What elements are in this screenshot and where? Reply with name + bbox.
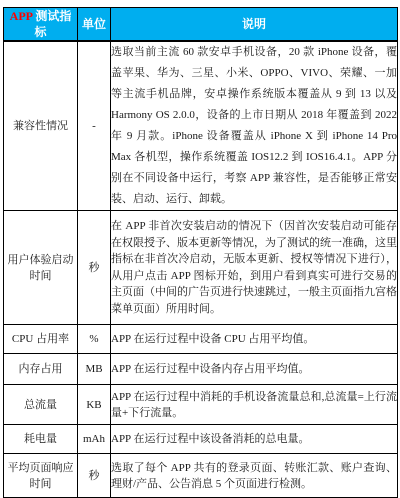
indicator-cell: 兼容性情况	[4, 41, 78, 211]
header-unit: 单位	[78, 8, 111, 42]
unit-cell: 秒	[78, 211, 111, 325]
header-indicator-app: APP	[10, 9, 33, 23]
description-cell: APP 在运行过程中消耗的手机设备流量总和,总流量=上行流量+下行流量。	[111, 385, 398, 425]
table-header-row: APP 测试指标 单位 说明	[4, 8, 398, 42]
table-row: 总流量 KB APP 在运行过程中消耗的手机设备流量总和,总流量=上行流量+下行…	[4, 385, 398, 425]
table-row: 平均页面响应时间 秒 选取了每个 APP 共有的登录页面、转账汇款、账户查询、理…	[4, 454, 398, 498]
table-row: 兼容性情况 - 选取当前主流 60 款安卓手机设备，20 款 iPhone 设备…	[4, 41, 398, 211]
description-cell: 在 APP 非首次安装启动的情况下（因首次安装启动可能存在权限授予、版本更新等情…	[111, 211, 398, 325]
indicator-cell: 平均页面响应时间	[4, 454, 78, 498]
indicator-cell: 用户体验启动时间	[4, 211, 78, 325]
indicator-cell: 内存占用	[4, 354, 78, 385]
header-indicator-rest: 测试指标	[32, 9, 71, 39]
description-cell: 选取当前主流 60 款安卓手机设备，20 款 iPhone 设备，覆盖苹果、华为…	[111, 41, 398, 211]
description-cell: APP 在运行过程中设备内存占用平均值。	[111, 354, 398, 385]
document-page: APP 测试指标 单位 说明 兼容性情况 - 选取当前主流 60 款安卓手机设备…	[0, 0, 400, 486]
app-test-metrics-table: APP 测试指标 单位 说明 兼容性情况 - 选取当前主流 60 款安卓手机设备…	[3, 7, 398, 498]
indicator-cell: 耗电量	[4, 425, 78, 454]
unit-cell: %	[78, 325, 111, 354]
indicator-cell: CPU 占用率	[4, 325, 78, 354]
unit-cell: -	[78, 41, 111, 211]
description-cell: 选取了每个 APP 共有的登录页面、转账汇款、账户查询、理财/产品、公告消息 5…	[111, 454, 398, 498]
table-row: 内存占用 MB APP 在运行过程中设备内存占用平均值。	[4, 354, 398, 385]
description-cell: APP 在运行过程中设备 CPU 占用平均值。	[111, 325, 398, 354]
unit-cell: 秒	[78, 454, 111, 498]
unit-cell: KB	[78, 385, 111, 425]
description-cell: APP 在运行过程中该设备消耗的总电量。	[111, 425, 398, 454]
header-indicator: APP 测试指标	[4, 8, 78, 42]
unit-cell: MB	[78, 354, 111, 385]
unit-cell: mAh	[78, 425, 111, 454]
table-row: 用户体验启动时间 秒 在 APP 非首次安装启动的情况下（因首次安装启动可能存在…	[4, 211, 398, 325]
table-row: 耗电量 mAh APP 在运行过程中该设备消耗的总电量。	[4, 425, 398, 454]
table-row: CPU 占用率 % APP 在运行过程中设备 CPU 占用平均值。	[4, 325, 398, 354]
header-description: 说明	[111, 8, 398, 42]
indicator-cell: 总流量	[4, 385, 78, 425]
